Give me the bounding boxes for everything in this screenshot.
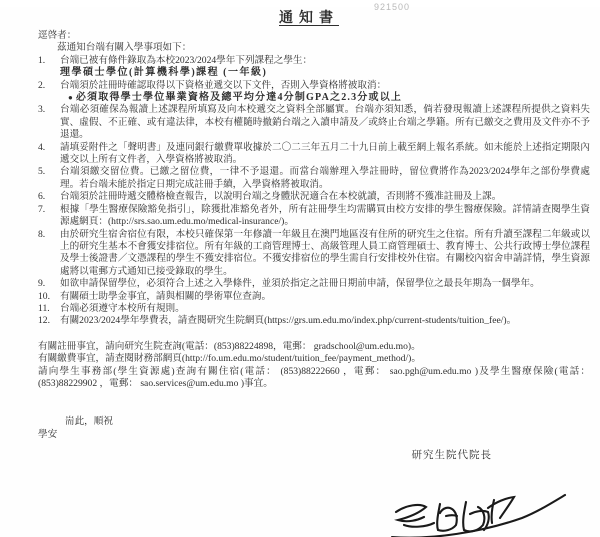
item-text: 台端須繳交留位費。已繳之留位費，一律不予退還。而當台端辦理入學註冊時，留位費將作… (60, 166, 590, 189)
gpa-requirement: ●必須取得學士學位畢業資格及總平均分達4分制GPA之2.3分或以上 (38, 92, 590, 104)
item-text: 如欲申請保留學位，必須符合上述之入學條件，並須於指定之註冊日期前申請，保留學位之… (60, 278, 540, 289)
contact-line-housing-insurance: 請向學生事務部(學生資源處)查詢有關住宿(電話： (853)88222660 ，… (38, 366, 590, 391)
salutation: 逕啓者： (38, 30, 590, 42)
item-number: 11. (38, 303, 58, 315)
item-text: 台端必須遵守本校所有規則。 (60, 303, 185, 314)
item-number: 4. (38, 142, 58, 154)
notice-item-11: 11. 台端必須遵守本校所有規則。 (38, 303, 590, 315)
item-text: 由於研究生宿舍宿位有限，本校只確保第一年修讀一年級且在澳門地區沒有住所的研究生之… (60, 229, 590, 277)
notice-item-7: 7. 根據「學生醫療保險豁免指引」，除獲批准豁免者外，所有註冊學生均需購買由校方… (38, 204, 590, 229)
notice-item-1: 1. 台端已被有條件錄取為本校2023/2024學年下列課程之學生： (38, 55, 590, 67)
item-text: 有關碩士助學金事宜，請與相關的學術單位查詢。 (60, 291, 271, 302)
signer-title: 研究生院代院長 (38, 450, 590, 462)
notice-letter-page: 921500 通知書 逕啓者： 茲通知台端有關入學事項如下： 1. 台端已被有條… (0, 7, 600, 537)
item-text: 請填妥附件之「聲明書」及連同銀行繳費單收據於二〇二三年五月二十九日前上載至網上報… (60, 142, 590, 165)
item-text: 有關2023/2024學年學費表，請查閱研究生院網頁(https://grs.u… (60, 315, 516, 326)
item-number: 8. (38, 229, 58, 241)
contact-line-payment: 有關繳費事宜，請查閱財務部網頁(http://fo.um.edu.mo/stud… (38, 353, 590, 365)
bullet-icon: ● (68, 93, 73, 102)
item-number: 1. (38, 55, 58, 67)
notice-item-10: 10. 有關碩士助學金事宜，請與相關的學術單位查詢。 (38, 291, 590, 303)
notice-item-2: 2. 台端須於註冊時確認取得以下資格並遞交以下文件，否則入學資格將被取消： (38, 80, 590, 92)
notice-item-4: 4. 請填妥附件之「聲明書」及連同銀行繳費單收據於二〇二三年五月二十九日前上載至… (38, 142, 590, 167)
item-number: 10. (38, 291, 58, 303)
item-number: 2. (38, 80, 58, 92)
notice-item-6: 6. 台端須於註冊時遞交體格檢查報告，以說明台端之身體狀況適合在本校就讀，否則將… (38, 191, 590, 203)
item-text: 台端已被有條件錄取為本校2023/2024學年下列課程之學生： (60, 55, 312, 66)
reference-number-partial: 921500 (374, 2, 410, 12)
contact-line-registration: 有關註冊事宜，請向研究生院查詢(電話：(853)88224898，電郵： gra… (38, 341, 590, 353)
item-text: 根據「學生醫療保險豁免指引」，除獲批准豁免者外，所有註冊學生均需購買由校方安排的… (60, 204, 590, 227)
item-text: 台端必須確保為報讀上述課程所填寫及向本校遞交之資料全部屬實。台端亦須知悉，倘若發… (60, 104, 590, 140)
item-number: 12. (38, 315, 58, 327)
item-number: 5. (38, 166, 58, 178)
closing-wish: 學安 (38, 429, 590, 441)
item-number: 6. (38, 191, 58, 203)
document-title: 通知書 (28, 7, 590, 27)
item-number: 3. (38, 104, 58, 116)
notice-item-9: 9. 如欲申請保留學位，必須符合上述之入學條件，並須於指定之註冊日期前申請，保留… (38, 278, 590, 290)
closing-phrase: 耑此，順祝 (38, 416, 590, 428)
item-number: 9. (38, 278, 58, 290)
item-number: 7. (38, 204, 58, 216)
intro-line: 茲通知台端有關入學事項如下： (38, 42, 590, 54)
closing-block: 耑此，順祝 學安 (38, 416, 590, 441)
notice-item-8: 8. 由於研究生宿舍宿位有限，本校只確保第一年修讀一年級且在澳門地區沒有住所的研… (38, 229, 590, 279)
signature-handwritten (382, 490, 572, 537)
item-text: 台端須於註冊時確認取得以下資格並遞交以下文件，否則入學資格將被取消： (60, 80, 386, 91)
programme-name: 理學碩士學位(計算機科學)課程 (一年級) (38, 67, 590, 79)
contact-info-block: 有關註冊事宜，請向研究生院查詢(電話：(853)88224898，電郵： gra… (38, 341, 590, 391)
item-text: 台端須於註冊時遞交體格檢查報告，以說明台端之身體狀況適合在本校就讀，否則將不獲准… (60, 191, 501, 202)
notice-item-12: 12. 有關2023/2024學年學費表，請查閱研究生院網頁(https://g… (38, 315, 590, 327)
notice-item-3: 3. 台端必須確保為報讀上述課程所填寫及向本校遞交之資料全部屬實。台端亦須知悉，… (38, 104, 590, 141)
notice-item-5: 5. 台端須繳交留位費。已繳之留位費，一律不予退還。而當台端辦理入學註冊時，留位… (38, 166, 590, 191)
